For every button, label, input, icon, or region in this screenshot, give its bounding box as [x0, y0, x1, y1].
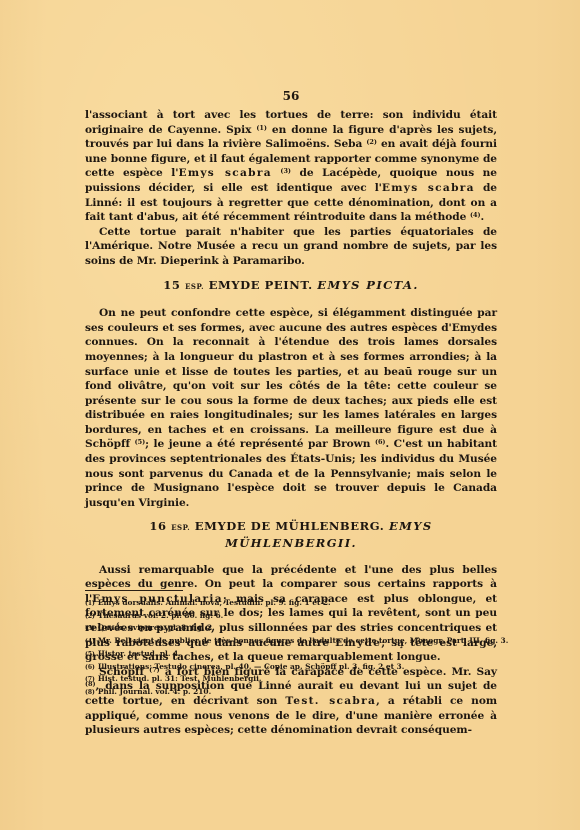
- footnote-6: (6)Illustrations: Testudo cinerea, pl. 4…: [85, 661, 497, 674]
- footnote-4: (4)Mr. Bell vient de publier de très-bon…: [85, 635, 497, 648]
- section-heading-15: 15 ESP. EMYDE PEINT. EMYS PICTA.: [85, 278, 497, 295]
- footnote-mark: (1): [85, 600, 95, 607]
- footnote-text: Emys dorsualis. Animal. nova, Testudin. …: [98, 598, 331, 607]
- paragraph-continuation: l'associant à tort avec les tortues de t…: [85, 108, 497, 225]
- footnote-mark: (5): [85, 651, 95, 658]
- footnote-divider: [85, 590, 183, 591]
- french-name: EMYDE DE MÜHLENBERG.: [195, 519, 385, 533]
- footnote-text: Quadr. ovipares. pl. 8. fig. 2.: [98, 623, 215, 632]
- footnote-ref[interactable]: (1): [256, 124, 267, 132]
- species-number: 15: [163, 278, 180, 292]
- esp-label: ESP.: [171, 523, 190, 532]
- footnote-2: (2)Thesaurus vol. 2. pl. 80. fig. 6.: [85, 610, 497, 623]
- footnote-text: Thesaurus vol. 2. pl. 80. fig. 6.: [98, 611, 223, 620]
- text-run: .: [481, 211, 485, 223]
- footnote-5: (5)Histor. testud. pl. 4.: [85, 648, 497, 661]
- page-number: 56: [85, 89, 497, 103]
- footnote-1: (1)Emys dorsualis. Animal. nova, Testudi…: [85, 597, 497, 610]
- footnote-text: Histor. testud. pl. 4.: [98, 649, 181, 658]
- footnote-mark: (2): [85, 613, 95, 620]
- footnote-text: Illustrations: Testudo cinerea, pl. 40. …: [98, 662, 404, 671]
- text-run: ; le jeune a été représenté par Brown: [145, 438, 375, 450]
- section-heading-16: 16 ESP. EMYDE DE MÜHLENBERG. EMYS MÜHLEN…: [85, 519, 497, 550]
- footnote-ref[interactable]: (4): [470, 211, 481, 219]
- footnote-ref[interactable]: (6): [375, 438, 386, 446]
- french-name: EMYDE PEINT.: [209, 278, 313, 292]
- latin-name: EMYS PICTA.: [317, 278, 418, 292]
- footnote-3: (3)Quadr. ovipares. pl. 8. fig. 2.: [85, 622, 497, 635]
- text-run: On ne peut confondre cette espèce, si él…: [85, 307, 497, 450]
- footnote-mark: (7): [85, 676, 95, 683]
- species-name: Emys scabra: [382, 182, 475, 194]
- footnote-text: Hist. testud. pl. 31: Test. Mühlenbergii…: [98, 674, 262, 683]
- footnote-8: (8)Phil. Journal. vol. 4. p. 210.: [85, 686, 497, 699]
- footnote-ref[interactable]: (2): [366, 138, 377, 146]
- footnote-text: Mr. Bell vient de publier de très-bonnes…: [98, 636, 508, 645]
- paragraph-emys-picta: On ne peut confondre cette espèce, si él…: [85, 306, 497, 510]
- footnote-text: Phil. Journal. vol. 4. p. 210.: [98, 687, 211, 696]
- footnote-ref[interactable]: (5): [135, 438, 146, 446]
- footnote-7: (7)Hist. testud. pl. 31: Test. Mühlenber…: [85, 673, 497, 686]
- footnote-mark: (6): [85, 664, 95, 671]
- footnotes: (1)Emys dorsualis. Animal. nova, Testudi…: [85, 597, 497, 699]
- species-name: Emys scabra: [178, 167, 271, 179]
- footnote-ref[interactable]: (3): [280, 167, 291, 175]
- footnote-mark: (4): [85, 638, 95, 645]
- esp-label: ESP.: [185, 282, 204, 291]
- footnote-mark: (3): [85, 625, 95, 632]
- species-number: 16: [149, 519, 166, 533]
- footnote-mark: (8): [85, 689, 95, 696]
- paragraph-habitat: Cette tortue parait n'habiter que les pa…: [85, 225, 497, 269]
